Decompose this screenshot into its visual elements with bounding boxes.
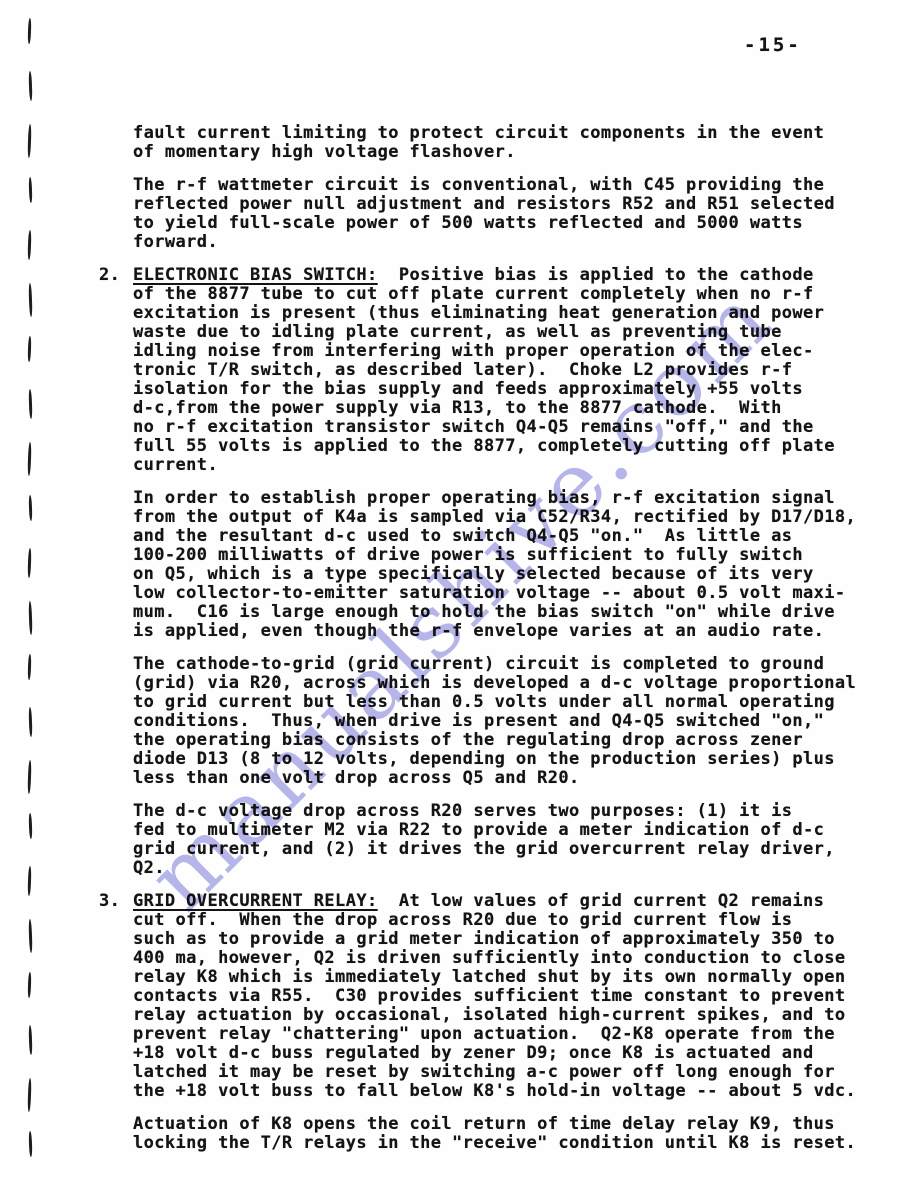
page-number: -15- <box>744 34 802 56</box>
text-line: no r-f excitation transistor switch Q4-Q… <box>133 418 878 437</box>
text-line: latched it may be reset by switching a-c… <box>133 1063 878 1082</box>
binding-mark <box>28 336 32 362</box>
text-line: fed to multimeter M2 via R22 to provide … <box>133 821 878 840</box>
text-line: prevent relay "chattering" upon actuatio… <box>133 1025 878 1044</box>
binding-mark <box>28 71 32 101</box>
numbered-section: 2.ELECTRONIC BIAS SWITCH: Positive bias … <box>133 266 878 475</box>
binding-mark <box>27 124 31 158</box>
text-line: diode D13 (8 to 12 volts, depending on t… <box>133 750 878 769</box>
text-line: to grid current but less than 0.5 volts … <box>133 693 878 712</box>
text-line: The cathode-to-grid (grid current) circu… <box>133 655 878 674</box>
text-line: less than one volt drop across Q5 and R2… <box>133 769 878 788</box>
binding-mark <box>28 972 32 998</box>
text-line: the operating bias consists of the regul… <box>133 731 878 750</box>
text-line: from the output of K4a is sampled via C5… <box>133 508 878 527</box>
heading-rest-text: At low values of grid current Q2 remains <box>378 891 825 911</box>
text-line: current. <box>133 456 878 475</box>
document-body: fault current limiting to protect circui… <box>133 124 878 1167</box>
text-line: such as to provide a grid meter indicati… <box>133 930 878 949</box>
binding-mark <box>28 18 32 44</box>
item-number: 2. <box>99 266 120 285</box>
text-line: forward. <box>133 233 878 252</box>
text-line: the +18 volt buss to fall below K8's hol… <box>133 1082 878 1101</box>
section-heading-line: ELECTRONIC BIAS SWITCH: Positive bias is… <box>133 266 878 285</box>
text-line: excitation is present (thus eliminating … <box>133 304 878 323</box>
binding-mark <box>28 919 32 953</box>
paragraph: The r-f wattmeter circuit is conventiona… <box>133 176 878 252</box>
left-binding-marks <box>0 0 60 1188</box>
binding-mark <box>29 813 33 839</box>
text-line: conditions. Thus, when drive is present … <box>133 712 878 731</box>
text-line: reflected power null adjustment and resi… <box>133 195 878 214</box>
binding-mark <box>27 760 31 794</box>
text-line: waste due to idling plate current, as we… <box>133 323 878 342</box>
text-line: full 55 volts is applied to the 8877, co… <box>133 437 878 456</box>
text-line: fault current limiting to protect circui… <box>133 124 878 143</box>
binding-mark <box>28 707 32 737</box>
text-line: Q2. <box>133 859 878 878</box>
binding-mark <box>28 654 32 680</box>
binding-mark <box>28 283 32 317</box>
paragraph: The d-c voltage drop across R20 serves t… <box>133 802 878 878</box>
binding-mark <box>27 866 31 896</box>
text-line: tronic T/R switch, as described later). … <box>133 361 878 380</box>
text-line: isolation for the bias supply and feeds … <box>133 380 878 399</box>
binding-mark <box>29 1131 33 1157</box>
text-line: low collector-to-emitter saturation volt… <box>133 584 878 603</box>
text-line: The r-f wattmeter circuit is conventiona… <box>133 176 878 195</box>
text-line: to yield full-scale power of 500 watts r… <box>133 214 878 233</box>
binding-mark <box>28 1025 32 1055</box>
paragraph: In order to establish proper operating b… <box>133 489 878 641</box>
text-line: of the 8877 tube to cut off plate curren… <box>133 285 878 304</box>
text-line: +18 volt d-c buss regulated by zener D9;… <box>133 1044 878 1063</box>
scanned-manual-page: -15- fault current limiting to protect c… <box>0 0 918 1188</box>
section-heading: ELECTRONIC BIAS SWITCH: <box>133 265 378 285</box>
text-line: idling noise from interfering with prope… <box>133 342 878 361</box>
paragraph: The cathode-to-grid (grid current) circu… <box>133 655 878 788</box>
paragraph: fault current limiting to protect circui… <box>133 124 878 162</box>
binding-mark <box>27 442 31 476</box>
text-line: In order to establish proper operating b… <box>133 489 878 508</box>
text-line: relay actuation by occasional, isolated … <box>133 1006 878 1025</box>
binding-mark <box>29 177 33 203</box>
heading-rest-text: Positive bias is applied to the cathode <box>378 265 814 285</box>
text-line: is applied, even though the r-f envelope… <box>133 622 878 641</box>
text-line: grid current, and (2) it drives the grid… <box>133 840 878 859</box>
text-line: and the resultant d-c used to switch Q4-… <box>133 527 878 546</box>
binding-mark <box>27 1078 31 1112</box>
text-line: d-c,from the power supply via R13, to th… <box>133 399 878 418</box>
text-line: relay K8 which is immediately latched sh… <box>133 968 878 987</box>
section-heading: GRID OVERCURRENT RELAY: <box>133 891 378 911</box>
section-heading-line: GRID OVERCURRENT RELAY: At low values of… <box>133 892 878 911</box>
text-line: of momentary high voltage flashover. <box>133 143 878 162</box>
binding-mark <box>27 548 31 578</box>
binding-mark <box>28 389 32 419</box>
binding-mark <box>28 601 32 635</box>
text-line: Actuation of K8 opens the coil return of… <box>133 1115 878 1134</box>
text-line: locking the T/R relays in the "receive" … <box>133 1134 878 1153</box>
text-line: The d-c voltage drop across R20 serves t… <box>133 802 878 821</box>
text-line: (grid) via R20, across which is develope… <box>133 674 878 693</box>
binding-mark <box>27 230 31 260</box>
text-line: 100-200 milliwatts of drive power is suf… <box>133 546 878 565</box>
item-number: 3. <box>99 892 120 911</box>
text-line: cut off. When the drop across R20 due to… <box>133 911 878 930</box>
text-line: 400 ma, however, Q2 is driven sufficient… <box>133 949 878 968</box>
paragraph: Actuation of K8 opens the coil return of… <box>133 1115 878 1153</box>
text-line: mum. C16 is large enough to hold the bia… <box>133 603 878 622</box>
text-line: contacts via R55. C30 provides sufficien… <box>133 987 878 1006</box>
text-line: on Q5, which is a type specifically sele… <box>133 565 878 584</box>
binding-mark <box>29 495 33 521</box>
numbered-section: 3.GRID OVERCURRENT RELAY: At low values … <box>133 892 878 1101</box>
